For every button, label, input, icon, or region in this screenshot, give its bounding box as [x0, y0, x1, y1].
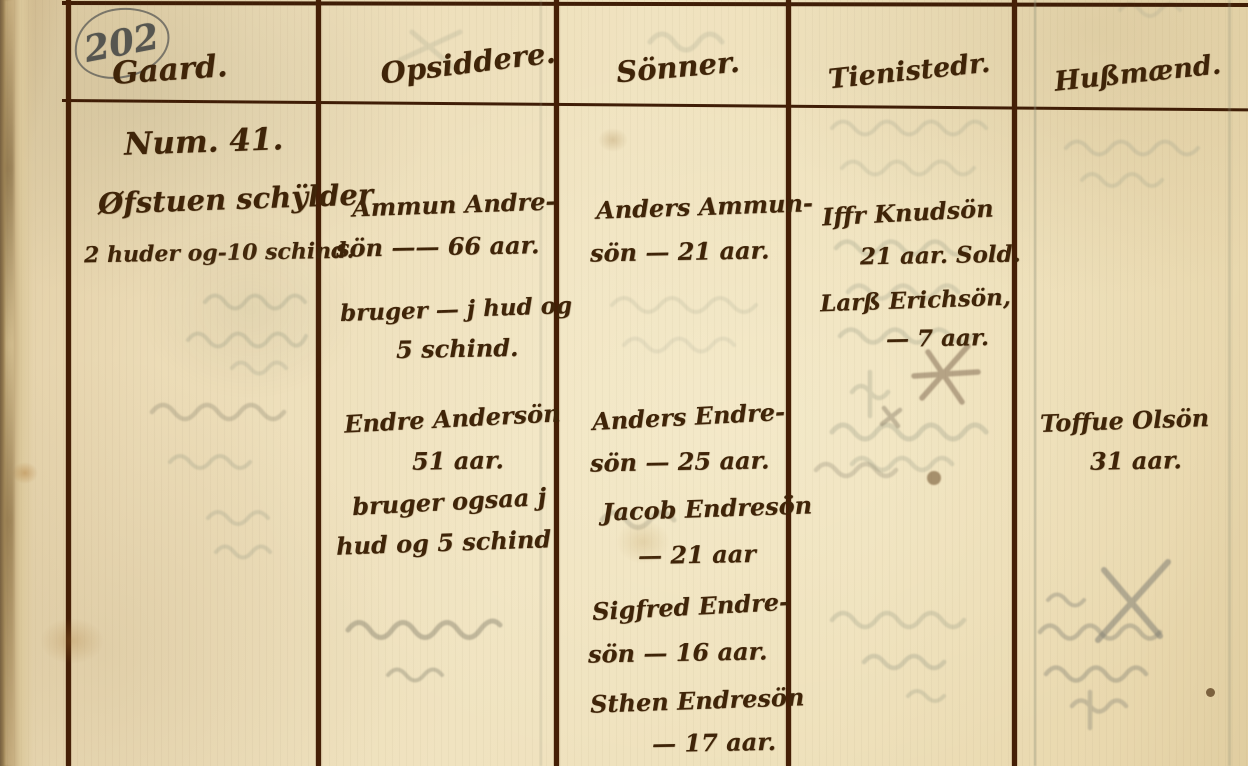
column-header-sonner: Sönner. — [615, 45, 741, 90]
opsidder1-line1: Ammun Andre- — [352, 186, 556, 222]
opsidder2-line4: hud og 5 schind — [336, 524, 552, 560]
farm-skyld-line: 2 huder og-10 schind. — [84, 238, 355, 269]
column-header-tieniste: Tienistedr. — [827, 48, 992, 96]
farm-name-line: Øfstuen schÿlder — [97, 177, 373, 221]
column-rule-left — [66, 0, 71, 766]
servant1-line2: 21 aar. Sold. — [860, 241, 1021, 271]
cottager1-line2: 31 aar. — [1090, 445, 1182, 476]
page-right-edge — [1228, 0, 1231, 766]
son4-line1: Sigfred Endre- — [591, 587, 789, 626]
opsidder2-line1: Endre Andersön — [343, 398, 561, 438]
column-rule-3 — [786, 0, 791, 766]
column-header-husmend: Hußmænd. — [1053, 49, 1223, 97]
son3-line1: Jacob Endresön — [602, 490, 813, 526]
foxing-stain — [598, 128, 628, 152]
binding-edge-texture — [5, 0, 14, 766]
column-rule-4 — [1012, 0, 1017, 766]
son1-line1: Anders Ammun- — [596, 188, 814, 225]
son2-line2: sön — 25 aar. — [590, 445, 770, 477]
double-rule-faint-4 — [1034, 0, 1036, 766]
opsidder2-line2: 51 aar. — [412, 445, 504, 476]
header-underline-rule — [62, 99, 1248, 111]
column-header-opsiddere: Opsiddere. — [379, 35, 558, 90]
column-header-gaard: Gaard. — [111, 48, 229, 92]
column-rule-1 — [316, 0, 321, 766]
son5-line2: — 17 aar. — [652, 727, 777, 758]
son2-line1: Anders Endre- — [591, 397, 785, 436]
cottager1-line1: Toffue Olsön — [1040, 403, 1210, 438]
opsidder1-line4: 5 schind. — [396, 333, 519, 364]
manuscript-page: 202 Gaard. Opsiddere. Sönner. Tienistedr… — [0, 0, 1248, 766]
farm-number-line: Num. 41. — [123, 121, 283, 163]
foxing-stain — [40, 618, 104, 664]
son5-line1: Sthen Endresön — [590, 682, 805, 718]
servant2-line1: Larß Erichsön, — [820, 284, 1012, 318]
son4-line2: sön — 16 aar. — [588, 636, 768, 668]
servant2-line2: — 7 aar. — [886, 324, 989, 353]
opsidder1-line3: bruger — j hud og — [340, 292, 573, 327]
son3-line2: — 21 aar — [638, 539, 756, 570]
ink-speck — [1206, 688, 1215, 697]
opsidder1-line2: sön —— 66 aar. — [336, 230, 540, 263]
opsidder2-line3: bruger ogsaa j — [351, 482, 547, 521]
column-rule-2 — [554, 0, 559, 766]
son1-line2: sön — 21 aar. — [590, 235, 770, 267]
table-top-rule — [62, 1, 1248, 7]
double-rule-faint-2 — [540, 0, 542, 766]
servant1-line1: Iffr Knudsön — [821, 194, 994, 232]
